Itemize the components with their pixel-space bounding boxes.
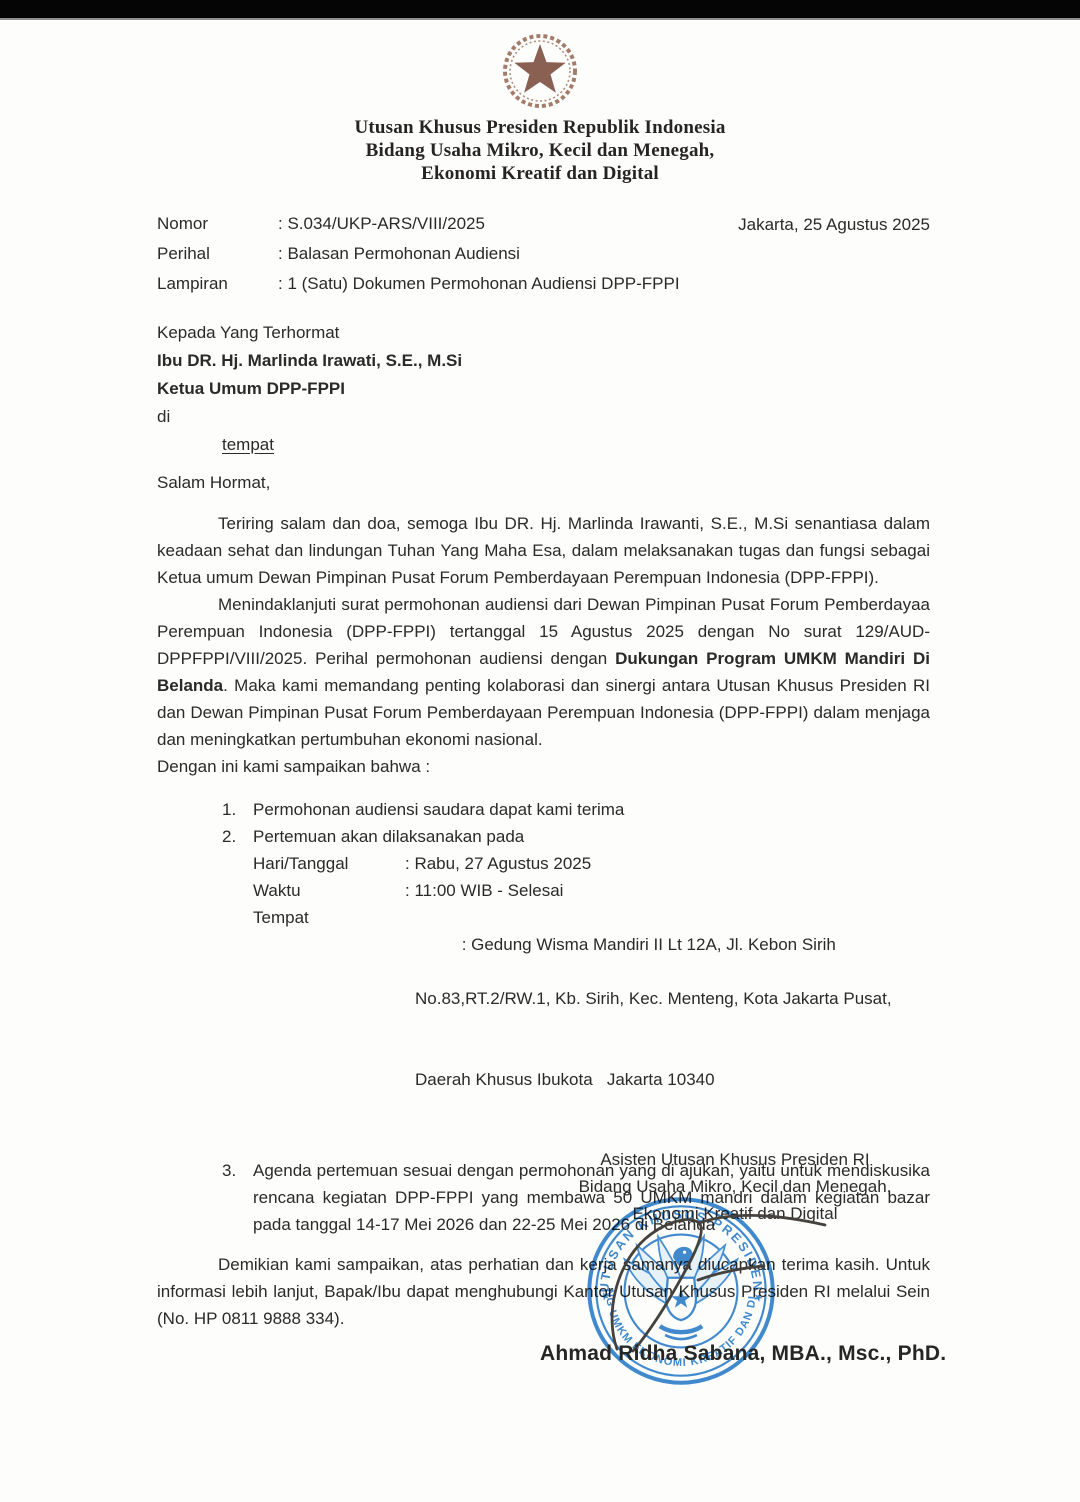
paragraph-2-closing: Dengan ini kami sampaikan bahwa : <box>157 753 930 780</box>
dateline: Jakarta, 25 Agustus 2025 <box>738 210 930 240</box>
recipient-preposition: di <box>157 403 930 431</box>
detail-row-place: Tempat : Gedung Wisma Mandiri II Lt 12A,… <box>253 904 930 1147</box>
detail-row-time: Waktu : 11:00 WIB - Selesai <box>253 877 930 904</box>
perihal-label: Perihal <box>157 239 278 269</box>
perihal-value: : Balasan Permohonan Audiensi <box>278 239 930 269</box>
place-value-line3: Daerah Khusus Ibukota Jakarta 10340 <box>405 1066 930 1093</box>
meta-row-perihal: Perihal : Balasan Permohonan Audiensi <box>157 239 930 269</box>
scan-edge-bar <box>0 0 1080 20</box>
date-label: Hari/Tanggal <box>253 850 405 877</box>
org-line-1: Utusan Khusus Presiden Republik Indonesi… <box>0 116 1080 139</box>
greeting: Salam Hormat, <box>157 469 930 497</box>
presidential-star-wreath-logo <box>501 30 579 110</box>
signature-area: Asisten Utusan Khusus Presiden RI Bidang… <box>0 1146 1080 1502</box>
recipient-name: Ibu DR. Hj. Marlinda Irawati, S.E., M.Si <box>157 347 930 375</box>
letter-meta: Nomor : S.034/UKP-ARS/VIII/2025 Perihal … <box>157 209 930 299</box>
place-label: Tempat <box>253 904 405 1147</box>
list-item-1: 1. Permohonan audiensi saudara dapat kam… <box>157 796 930 823</box>
list-item-1-number: 1. <box>222 796 253 823</box>
scanned-letter-page: Utusan Khusus Presiden Republik Indonesi… <box>0 0 1080 1502</box>
star-icon <box>514 44 565 93</box>
signatory-name: Ahmad Ridha Sabana, MBA., Msc., PhD. <box>540 1342 946 1366</box>
recipient-place: tempat <box>157 431 930 459</box>
org-line-3: Ekonomi Kreatif dan Digital <box>0 162 1080 185</box>
paragraph-2-part2: . Maka kami memandang penting kolaborasi… <box>157 676 930 749</box>
list-item-2: 2. Pertemuan akan dilaksanakan pada <box>157 823 930 850</box>
time-value: : 11:00 WIB - Selesai <box>405 877 930 904</box>
time-label: Waktu <box>253 877 405 904</box>
place-value: : Gedung Wisma Mandiri II Lt 12A, Jl. Ke… <box>405 904 930 1147</box>
signatory-line-1: Asisten Utusan Khusus Presiden RI <box>530 1146 940 1173</box>
nomor-label: Nomor <box>157 209 278 239</box>
paragraph-2: Menindaklanjuti surat permohonan audiens… <box>157 591 930 753</box>
org-line-2: Bidang Usaha Mikro, Kecil dan Menegah, <box>0 139 1080 162</box>
place-value-line2: No.83,RT.2/RW.1, Kb. Sirih, Kec. Menteng… <box>405 985 930 1012</box>
recipient-block: Kepada Yang Terhormat Ibu DR. Hj. Marlin… <box>157 319 930 459</box>
paragraph-1: Teriring salam dan doa, semoga Ibu DR. H… <box>157 510 930 591</box>
list-item-2-text: Pertemuan akan dilaksanakan pada <box>253 823 930 850</box>
detail-row-date: Hari/Tanggal : Rabu, 27 Agustus 2025 <box>253 850 930 877</box>
date-value: : Rabu, 27 Agustus 2025 <box>405 850 930 877</box>
list-item-2-number: 2. <box>222 823 253 850</box>
lampiran-label: Lampiran <box>157 269 278 299</box>
recipient-salutation: Kepada Yang Terhormat <box>157 319 930 347</box>
letterhead: Utusan Khusus Presiden Republik Indonesi… <box>0 0 1080 185</box>
lampiran-value: : 1 (Satu) Dokumen Permohonan Audiensi D… <box>278 269 930 299</box>
recipient-title: Ketua Umum DPP-FPPI <box>157 375 930 403</box>
list-item-1-text: Permohonan audiensi saudara dapat kami t… <box>253 796 930 823</box>
meeting-details: Hari/Tanggal : Rabu, 27 Agustus 2025 Wak… <box>253 850 930 1147</box>
meta-row-lampiran: Lampiran : 1 (Satu) Dokumen Permohonan A… <box>157 269 930 299</box>
